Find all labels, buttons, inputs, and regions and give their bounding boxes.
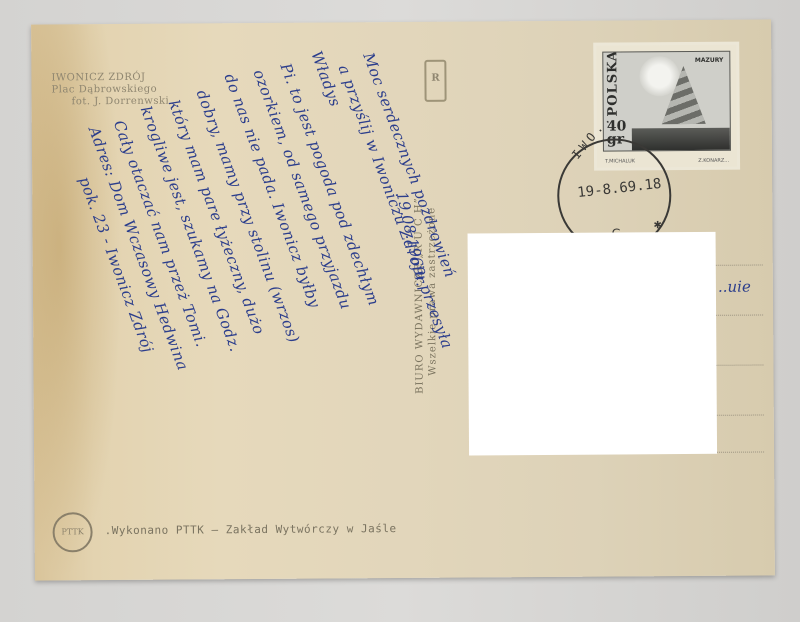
star-icon: ✱ <box>653 220 661 231</box>
pttk-logo: PTTK <box>52 512 92 552</box>
postmark-date: 19-8.69.18 <box>577 176 663 201</box>
stamp-image: POLSKA 40 gr MAZURY <box>602 51 731 152</box>
stamp-label: MAZURY <box>695 57 724 64</box>
stamp-engraver: Z.KONARZ... <box>698 158 729 164</box>
publisher-line: IWONICZ ZDRÓJ <box>51 72 169 85</box>
redacted-address <box>468 232 718 456</box>
address-handwriting: ..uie <box>718 278 751 296</box>
publisher-info: IWONICZ ZDRÓJ Plac Dąbrowskiego fot. J. … <box>51 72 169 109</box>
sea-area <box>632 128 730 151</box>
postcard-back: IWONICZ ZDRÓJ Plac Dąbrowskiego fot. J. … <box>31 19 775 580</box>
footer-imprint: .Wykonano PTTK — Zakład Wytwórczy w Jaśl… <box>105 522 397 537</box>
publisher-line: Plac Dąbrowskiego <box>51 84 169 97</box>
ruch-logo: R <box>424 60 446 102</box>
